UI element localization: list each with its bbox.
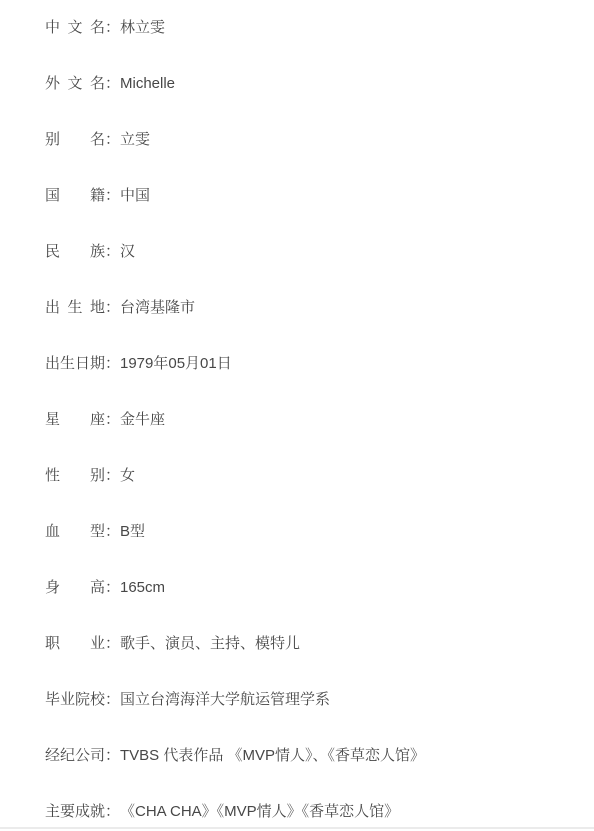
field-value: B型 [120, 523, 145, 540]
info-row: 出生日期：1979年05月01日 [45, 354, 574, 374]
info-row: 国籍：中国 [45, 186, 574, 206]
info-row: 民族：汉 [45, 242, 574, 262]
field-label: 民族 [45, 242, 105, 262]
field-value: 女 [120, 467, 135, 484]
field-value: 中国 [120, 187, 150, 204]
field-colon: ： [105, 578, 120, 598]
field-label: 出生地 [45, 298, 105, 318]
field-colon: ： [105, 690, 120, 710]
info-row: 经纪公司：TVBS 代表作品 《MVP情人》、《香草恋人馆》 [45, 746, 574, 766]
field-value: 林立雯 [120, 19, 165, 36]
field-label: 性别 [45, 466, 105, 486]
info-row: 血型：B型 [45, 522, 574, 542]
info-row: 身高：165cm [45, 578, 574, 598]
field-value: 国立台湾海洋大学航运管理学系 [120, 691, 330, 708]
field-label: 血型 [45, 522, 105, 542]
field-value: 歌手、演员、主持、模特儿 [120, 635, 300, 652]
field-label: 出生日期 [45, 354, 105, 374]
field-colon: ： [105, 410, 120, 430]
field-value: 台湾基隆市 [120, 299, 195, 316]
field-value: 165cm [120, 579, 165, 596]
field-value: 《CHA CHA》《MVP情人》《香草恋人馆》 [120, 803, 399, 820]
field-value: 1979年05月01日 [120, 355, 232, 372]
field-value: 金牛座 [120, 411, 165, 428]
info-row: 中文名：林立雯 [45, 18, 574, 38]
field-label: 经纪公司 [45, 746, 105, 766]
field-colon: ： [105, 522, 120, 542]
field-colon: ： [105, 18, 120, 38]
info-row: 性别：女 [45, 466, 574, 486]
field-colon: ： [105, 74, 120, 94]
field-label: 身高 [45, 578, 105, 598]
field-value: 立雯 [120, 131, 150, 148]
info-row: 星座：金牛座 [45, 410, 574, 430]
field-colon: ： [105, 802, 120, 822]
field-colon: ： [105, 466, 120, 486]
field-colon: ： [105, 634, 120, 654]
field-label: 星座 [45, 410, 105, 430]
bottom-divider [0, 827, 594, 829]
info-row: 别名：立雯 [45, 130, 574, 150]
field-colon: ： [105, 298, 120, 318]
field-label: 中文名 [45, 18, 105, 38]
field-colon: ： [105, 746, 120, 766]
field-value: Michelle [120, 75, 175, 92]
field-label: 国籍 [45, 186, 105, 206]
info-row: 毕业院校：国立台湾海洋大学航运管理学系 [45, 690, 574, 710]
infobox: 中文名：林立雯 外文名：Michelle 别名：立雯 国籍：中国 民族：汉 出生… [0, 0, 594, 822]
field-colon: ： [105, 186, 120, 206]
field-colon: ： [105, 242, 120, 262]
info-row: 职业：歌手、演员、主持、模特儿 [45, 634, 574, 654]
field-label: 别名 [45, 130, 105, 150]
field-value: TVBS 代表作品 《MVP情人》、《香草恋人馆》 [120, 747, 425, 764]
field-colon: ： [105, 354, 120, 374]
field-label: 外文名 [45, 74, 105, 94]
field-colon: ： [105, 130, 120, 150]
field-label: 毕业院校 [45, 690, 105, 710]
info-row: 出生地：台湾基隆市 [45, 298, 574, 318]
info-row: 主要成就：《CHA CHA》《MVP情人》《香草恋人馆》 [45, 802, 574, 822]
field-label: 职业 [45, 634, 105, 654]
field-value: 汉 [120, 243, 135, 260]
info-row: 外文名：Michelle [45, 74, 574, 94]
field-label: 主要成就 [45, 802, 105, 822]
